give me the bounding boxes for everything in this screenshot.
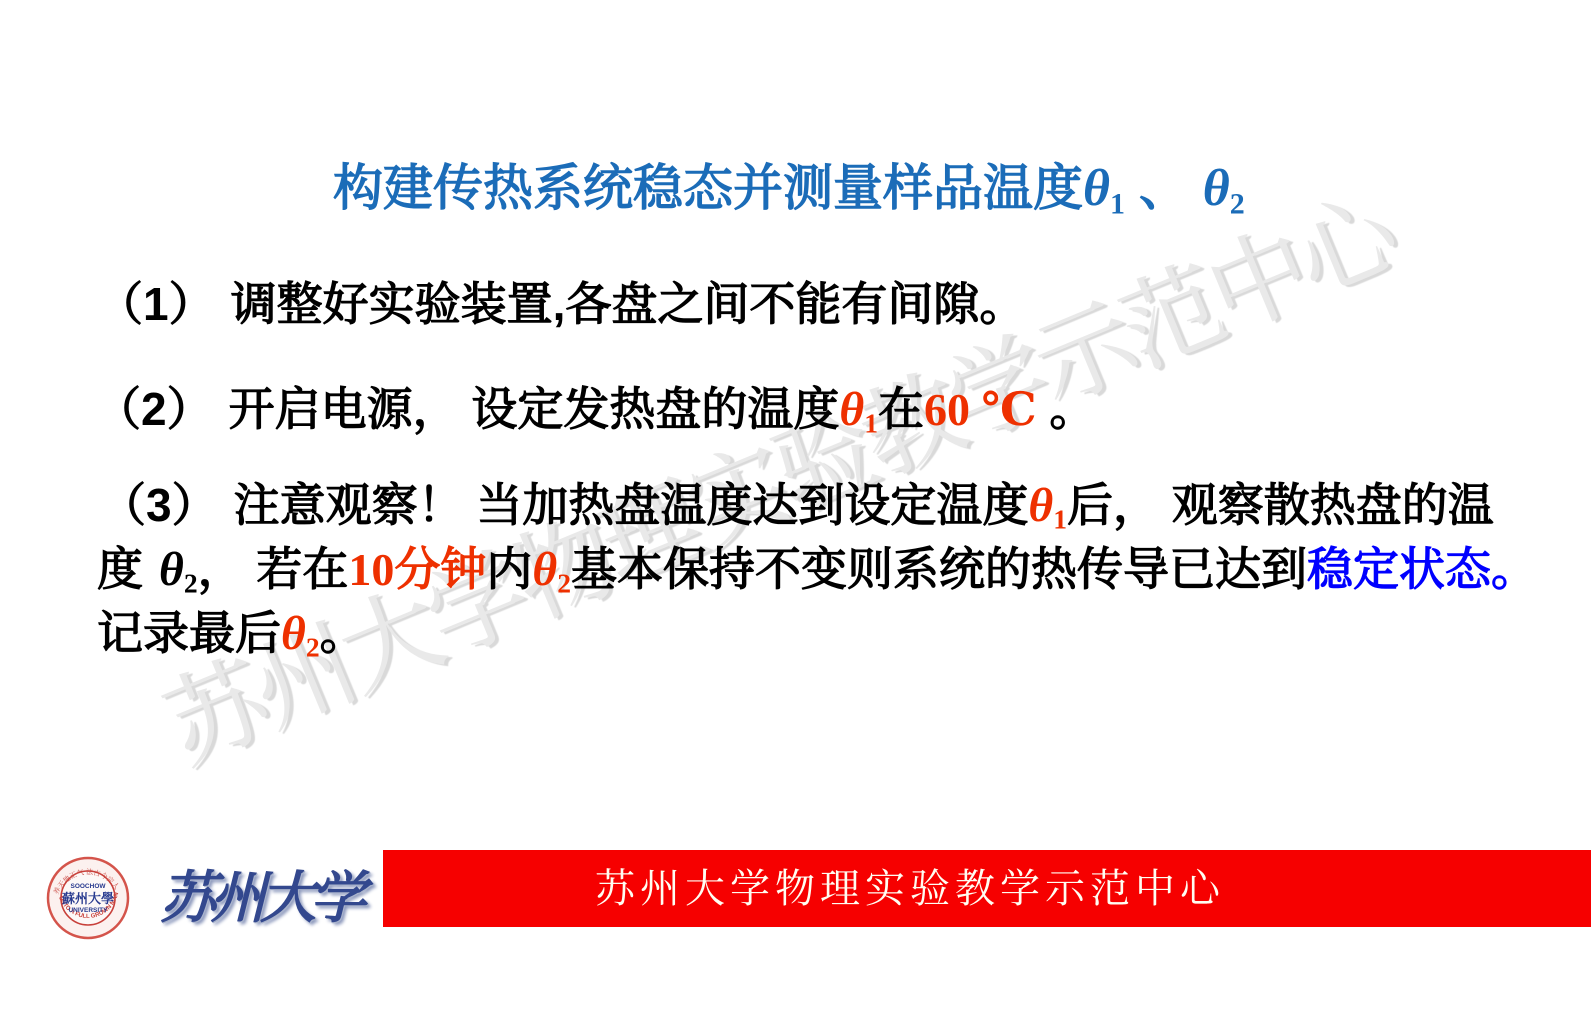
paragraph-2-theta1: θ1 [839, 383, 878, 435]
seal-center-name: 蘇州大學 [61, 891, 114, 906]
line2-text-4: 基本保持不变则系统的热传导已达到 [571, 543, 1307, 595]
line3-text: 记录最后 [97, 607, 281, 659]
paragraph-2-period: 。 [1037, 383, 1096, 435]
seal-english-top: SOOCHOW [70, 883, 106, 890]
slide-title: 构建传热系统稳态并测量样品温度θ1 、 θ2 [333, 148, 1245, 221]
theta-symbol: θ [839, 383, 864, 436]
paragraph-3-line-1: （3）注意观察！ 当加热盘温度达到设定温度θ1后， 观察散热盘的温 [100, 476, 1494, 537]
paragraph-3-text-2: 后， 观察散热盘的温 [1067, 479, 1494, 531]
paragraph-3-line-2: 度θ2， 若在10分钟内θ2基本保持不变则系统的热传导已达到稳定状态。 [97, 540, 1537, 601]
university-calligraphy-logo: 苏州大学 [160, 854, 360, 934]
theta-symbol: θ [1028, 479, 1053, 532]
paragraph-1: （1）调整好实验装置,各盘之间不能有间隙。 [97, 276, 1025, 334]
seal-english-bottom: UNIVERSITY [68, 907, 108, 914]
theta-subscript: 2 [557, 568, 571, 599]
paragraph-1-text: 调整好实验装置,各盘之间不能有间隙。 [231, 278, 1026, 330]
footer-red-bar: 苏州大学物理实验教学示范中心 [383, 850, 1591, 927]
line2-text-3: 内 [486, 543, 532, 595]
line3-period: 。 [320, 607, 366, 659]
title-separator: 、 [1125, 160, 1203, 216]
university-seal-logo: 养天地正气 法古今完人 UNTO A FULL GROWN MAN SOOCHO… [46, 854, 130, 940]
theta-symbol: θ [159, 543, 184, 596]
title-theta2-subscript: 2 [1230, 187, 1245, 220]
theta-symbol: θ [281, 607, 306, 660]
line2-text-2: ， 若在 [198, 543, 349, 595]
paragraph-2-text: 开启电源， 设定发热盘的温度 [229, 383, 840, 435]
theta-subscript: 2 [184, 568, 198, 599]
paragraph-3-number: （3） [100, 479, 218, 531]
line2-theta2-red: θ2 [532, 543, 571, 595]
paragraph-3-theta1: θ1 [1028, 479, 1067, 531]
title-text: 构建传热系统稳态并测量样品温度 [333, 160, 1083, 216]
title-theta2-symbol: θ [1203, 160, 1230, 217]
footer-bar-text: 苏州大学物理实验教学示范中心 [595, 850, 1225, 927]
duration-unit: 分钟 [394, 543, 486, 595]
line2-theta2-black: θ2 [159, 543, 198, 595]
paragraph-1-number: （1） [97, 278, 215, 330]
theta-subscript: 1 [1053, 504, 1067, 535]
presentation-slide: 苏州大学物理实验教学示范中心 构建传热系统稳态并测量样品温度θ1 、 θ2 （1… [0, 0, 1591, 1034]
line2-text-1: 度 [97, 543, 143, 595]
duration-number: 10 [348, 544, 394, 595]
theta-subscript: 2 [306, 632, 320, 663]
title-theta1-subscript: 1 [1110, 187, 1125, 220]
paragraph-3-text-1: 注意观察！ 当加热盘温度达到设定温度 [234, 479, 1029, 531]
line3-theta2-red: θ2 [281, 607, 320, 659]
diagonal-watermark: 苏州大学物理实验教学示范中心 [140, 154, 1411, 791]
paragraph-2: （2）开启电源， 设定发热盘的温度θ1在60 ℃ 。 [95, 380, 1095, 441]
temperature-value: 60 ℃ [924, 384, 1037, 435]
paragraph-2-text-2: 在 [878, 383, 924, 435]
steady-state-highlight: 稳定状态。 [1307, 543, 1537, 595]
title-theta1-symbol: θ [1083, 160, 1110, 217]
theta-symbol: θ [532, 543, 557, 596]
paragraph-3-line-3: 记录最后θ2。 [97, 604, 366, 665]
theta-subscript: 1 [864, 408, 878, 439]
paragraph-2-number: （2） [95, 383, 213, 435]
